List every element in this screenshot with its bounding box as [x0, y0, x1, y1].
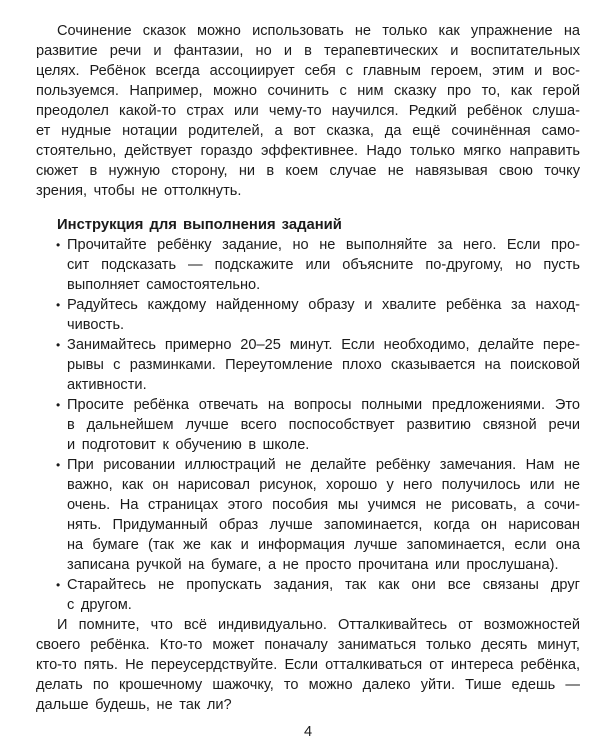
text-line: И помните, что всё индивидуально. Отталк…	[36, 615, 580, 635]
bullet-item: • При рисовании иллюстраций не делайте р…	[36, 455, 580, 575]
bullet-icon: •	[56, 395, 60, 415]
text-line: целях. Ребёнок всегда ассоциирует себя с…	[36, 61, 580, 81]
text-line: очень. На страницах этого пособия мы учи…	[67, 495, 580, 515]
text-line: Радуйтесь каждому найденному образу и хв…	[67, 295, 580, 315]
bullet-icon: •	[56, 235, 60, 255]
closing-paragraph: И помните, что всё индивидуально. Отталк…	[36, 615, 580, 715]
text-line: Занимайтесь примерно 20–25 минут. Если н…	[67, 335, 580, 355]
text-line: записана ручкой на бумаге, а не просто п…	[67, 555, 580, 575]
bullet-icon: •	[56, 575, 60, 595]
text-line: нять. Придуманный образ лучше запоминает…	[67, 515, 580, 535]
text-line: Прочитайте ребёнку задание, но не выполн…	[67, 235, 580, 255]
text-line: пользуемся. Например, можно сочинить с н…	[36, 81, 580, 101]
text-line: на бумаге (так же как и информация лучше…	[67, 535, 580, 555]
text-line: ет нудные нотации родителей, а вот сказк…	[36, 121, 580, 141]
bullet-item: • Старайтесь не пропускать задания, так …	[36, 575, 580, 615]
text-line: сюжет в нужную сторону, ни в коем случае…	[36, 161, 580, 181]
text-line: с другом.	[67, 595, 580, 615]
text-line: в дальнейшем лучше всего поспособствует …	[67, 415, 580, 435]
text-line: своего ребёнка. Кто-то может поначалу за…	[36, 635, 580, 655]
text-line: развитие речи и фантазии, но и в терапев…	[36, 41, 580, 61]
text-line: делать по крошечному шажочку, то можно д…	[36, 675, 580, 695]
bullet-item: • Радуйтесь каждому найденному образу и …	[36, 295, 580, 335]
bullet-item: • Занимайтесь примерно 20–25 минут. Если…	[36, 335, 580, 395]
bullet-icon: •	[56, 295, 60, 315]
text-line: Сочинение сказок можно использовать не т…	[36, 21, 580, 41]
bullet-list: • Прочитайте ребёнку задание, но не выпо…	[36, 235, 580, 615]
text-line: чивость.	[67, 315, 580, 335]
bullet-icon: •	[56, 455, 60, 475]
intro-paragraph: Сочинение сказок можно использовать не т…	[36, 21, 580, 201]
text-line: зрения, чтобы не оттолкнуть.	[36, 181, 580, 201]
page-number: 4	[36, 722, 580, 742]
text-line: При рисовании иллюстраций не делайте реб…	[67, 455, 580, 475]
text-line: выполняет самостоятельно.	[67, 275, 580, 295]
text-line: рывы с разминками. Переутомление плохо с…	[67, 355, 580, 375]
bullet-item: • Просите ребёнка отвечать на вопросы по…	[36, 395, 580, 455]
text-line: и подготовит к обучению в школе.	[67, 435, 580, 455]
text-line: активности.	[67, 375, 580, 395]
page-content: Сочинение сказок можно использовать не т…	[36, 21, 580, 742]
section-heading: Инструкция для выполнения заданий	[57, 215, 580, 235]
text-line: преодолел какой-то страх или чему-то нау…	[36, 101, 580, 121]
text-line: Просите ребёнка отвечать на вопросы полн…	[67, 395, 580, 415]
text-line: Старайтесь не пропускать задания, так ка…	[67, 575, 580, 595]
text-line: важно, как он нарисовал рисунок, хорошо …	[67, 475, 580, 495]
bullet-item: • Прочитайте ребёнку задание, но не выпо…	[36, 235, 580, 295]
text-line: дальше будешь, не так ли?	[36, 695, 580, 715]
bullet-icon: •	[56, 335, 60, 355]
text-line: сит подсказать — подскажите или объяснит…	[67, 255, 580, 275]
text-line: стоятельно, действует гораздо эффективне…	[36, 141, 580, 161]
text-line: кто-то пять. Не переусердствуйте. Если о…	[36, 655, 580, 675]
